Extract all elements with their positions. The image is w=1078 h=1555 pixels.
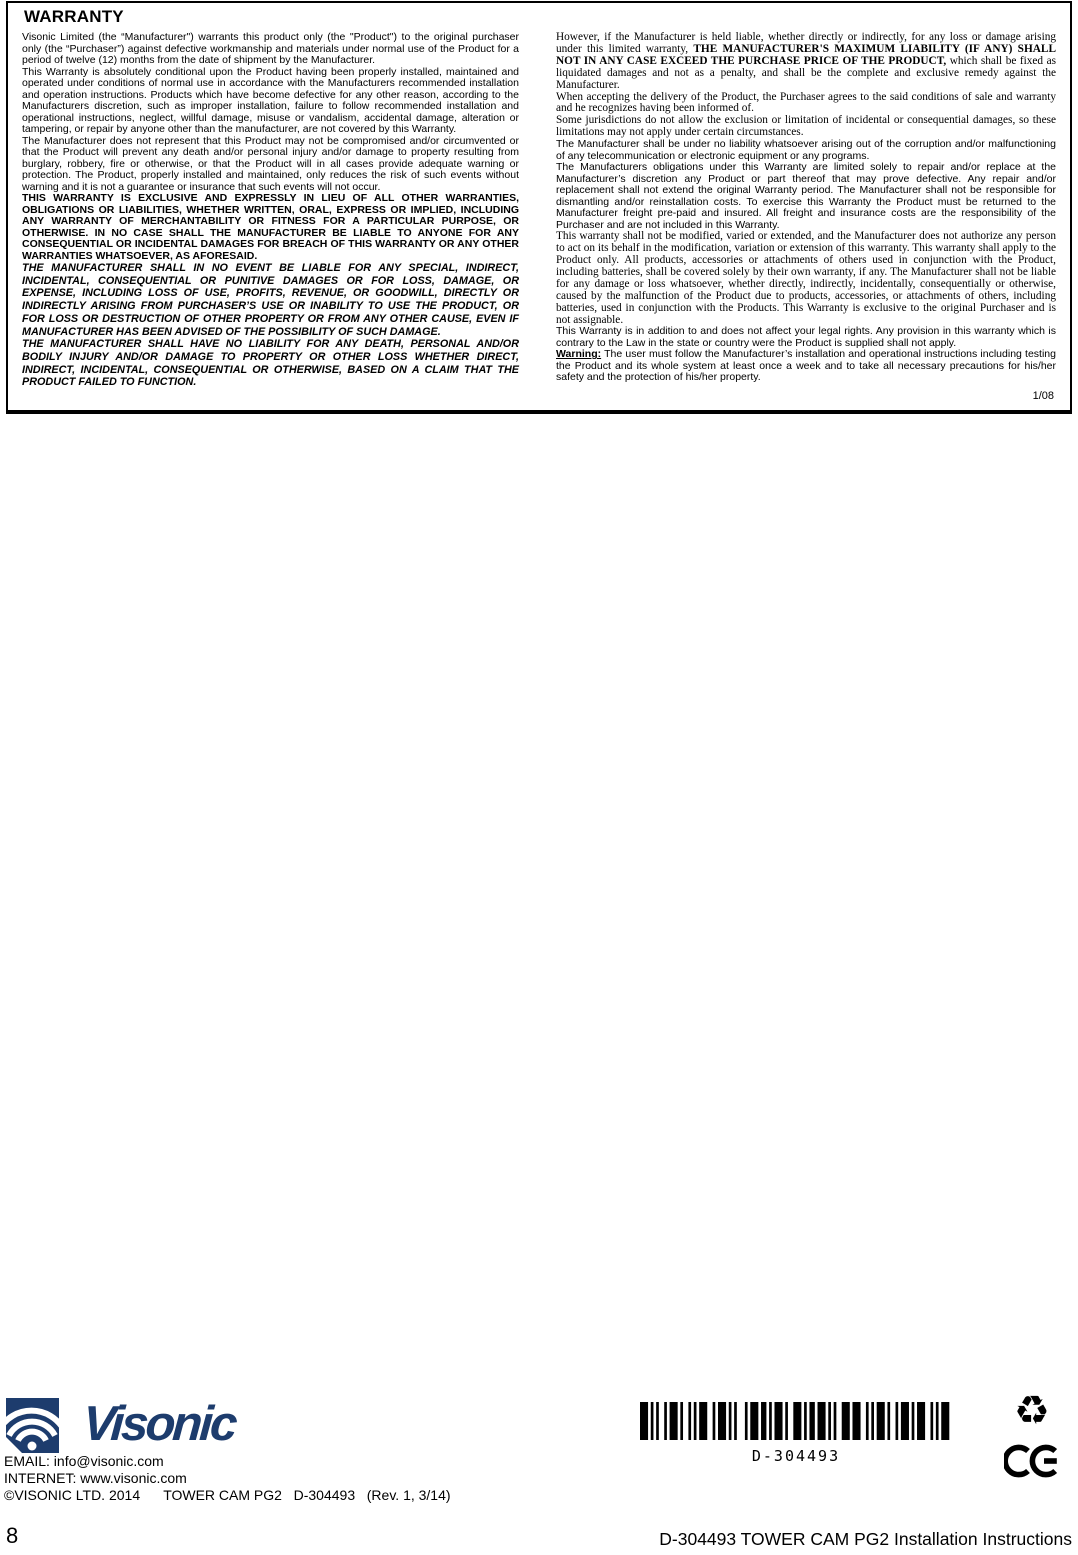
copyright-line: ©VISONIC LTD. 2014 TOWER CAM PG2 D-30449… bbox=[4, 1487, 451, 1503]
text-segment: The Manufacturer shall be under no liabi… bbox=[556, 138, 1056, 162]
warranty-paragraph: This Warranty is absolutely conditional … bbox=[22, 67, 519, 136]
barcode: D-304493 bbox=[640, 1402, 952, 1465]
text-segment: THIS WARRANTY IS EXCLUSIVE AND EXPRESSLY… bbox=[22, 192, 519, 262]
email-line: EMAIL: info@visonic.com bbox=[4, 1453, 164, 1469]
text-segment: When accepting the delivery of the Produ… bbox=[556, 91, 1056, 115]
text-segment: Some jurisdictions do not allow the excl… bbox=[556, 114, 1056, 138]
warranty-paragraph: This warranty shall not be modified, var… bbox=[556, 231, 1056, 326]
page: WARRANTY Visonic Limited (the “Manufactu… bbox=[0, 0, 1078, 1555]
warranty-right-paragraphs: However, if the Manufacturer is held lia… bbox=[556, 32, 1056, 384]
warranty-paragraph: The Manufacturers obligations under this… bbox=[556, 162, 1056, 231]
warranty-section: WARRANTY Visonic Limited (the “Manufactu… bbox=[6, 1, 1072, 414]
doc-title: D-304493 TOWER CAM PG2 Installation Inst… bbox=[659, 1529, 1072, 1549]
text-segment: THE MANUFACTURER SHALL HAVE NO LIABILITY… bbox=[22, 338, 519, 388]
barcode-image bbox=[640, 1402, 952, 1440]
warranty-paragraph: However, if the Manufacturer is held lia… bbox=[556, 32, 1056, 92]
text-segment: Warning: bbox=[556, 348, 601, 360]
warranty-columns: Visonic Limited (the “Manufacturer") war… bbox=[22, 32, 1056, 402]
text-segment: This warranty shall not be modified, var… bbox=[556, 230, 1056, 325]
visonic-wordmark: Visonic bbox=[81, 1398, 236, 1450]
warranty-paragraph: This Warranty is in addition to and does… bbox=[556, 326, 1056, 349]
warranty-paragraph: Visonic Limited (the “Manufacturer") war… bbox=[22, 32, 519, 67]
warranty-left-column: Visonic Limited (the “Manufacturer") war… bbox=[22, 32, 519, 402]
warranty-paragraph: Warning: The user must follow the Manufa… bbox=[556, 349, 1056, 384]
text-segment: This Warranty is in addition to and does… bbox=[556, 325, 1056, 349]
warranty-right-column: However, if the Manufacturer is held lia… bbox=[556, 32, 1056, 402]
text-segment: The Manufacturers obligations under this… bbox=[556, 161, 1056, 231]
text-segment: This Warranty is absolutely conditional … bbox=[22, 66, 519, 136]
text-segment: THE MANUFACTURER SHALL IN NO EVENT BE LI… bbox=[22, 262, 519, 338]
barcode-caption: D-304493 bbox=[640, 1447, 952, 1465]
warranty-paragraph: THE MANUFACTURER SHALL HAVE NO LIABILITY… bbox=[22, 338, 519, 389]
revision-code: 1/08 bbox=[556, 390, 1054, 402]
warranty-paragraph: THE MANUFACTURER SHALL IN NO EVENT BE LI… bbox=[22, 262, 519, 338]
warranty-paragraph: When accepting the delivery of the Produ… bbox=[556, 92, 1056, 116]
warranty-paragraph: Some jurisdictions do not allow the excl… bbox=[556, 115, 1056, 139]
warranty-paragraph: The Manufacturer does not represent that… bbox=[22, 136, 519, 194]
warranty-title: WARRANTY bbox=[24, 7, 1056, 27]
warranty-paragraph: The Manufacturer shall be under no liabi… bbox=[556, 139, 1056, 162]
page-number: 8 bbox=[6, 1524, 18, 1548]
visonic-logo-icon bbox=[6, 1398, 59, 1453]
visonic-logo: Visonic bbox=[6, 1398, 234, 1453]
warranty-paragraph: THIS WARRANTY IS EXCLUSIVE AND EXPRESSLY… bbox=[22, 193, 519, 262]
text-segment: Visonic Limited (the “Manufacturer") war… bbox=[22, 31, 519, 66]
text-segment: The user must follow the Manufacturer’s … bbox=[556, 348, 1056, 383]
text-segment: The Manufacturer does not represent that… bbox=[22, 135, 519, 193]
internet-line: INTERNET: www.visonic.com bbox=[4, 1470, 187, 1486]
recycle-icon: ♻ bbox=[1014, 1390, 1050, 1432]
ce-mark-icon bbox=[1004, 1441, 1060, 1481]
